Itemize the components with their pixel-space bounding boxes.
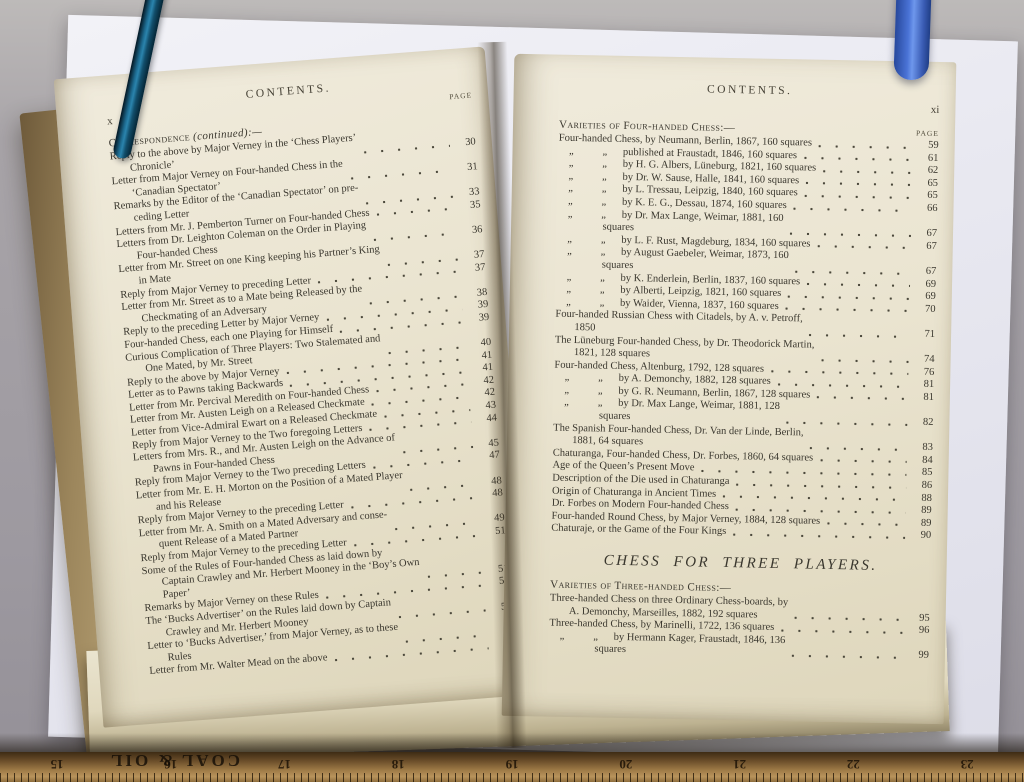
- toc-entry-page-number: 65: [916, 177, 938, 190]
- dot-leader: [818, 143, 913, 150]
- chess-for-three-players-heading: CHESS FOR THREE PLAYERS.: [551, 552, 931, 576]
- toc-entry-page-number: 69: [914, 278, 936, 291]
- dot-leader: [787, 294, 910, 301]
- ruler-number: 18: [392, 756, 405, 772]
- dot-leader: [794, 615, 904, 622]
- dot-leader: [803, 156, 913, 163]
- toc-entry-page-number: 82: [911, 417, 933, 430]
- toc-entry-page-number: 59: [917, 140, 939, 153]
- dot-leader: [786, 420, 908, 427]
- toc-entry-page-number: 74: [912, 354, 934, 367]
- right-toc-entries-four-handed: Four-handed Chess, by Neumann, Berlin, 1…: [551, 133, 939, 543]
- dot-leader: [805, 181, 912, 188]
- toc-entry-page-number: 69: [914, 291, 936, 304]
- dot-leader: [808, 332, 909, 339]
- toc-entry-page-number: 30: [453, 136, 476, 150]
- toc-entry-page-number: 81: [912, 391, 934, 404]
- toc-entry-page-number: 44: [475, 412, 498, 426]
- ruler-number: 22: [847, 756, 860, 772]
- ruler-number: 19: [506, 756, 519, 772]
- right-toc-entries-three-handed: Three-handed Chess on three Ordinary Che…: [549, 593, 930, 663]
- dot-leader: [819, 458, 907, 465]
- toc-entry-page-number: 67: [915, 240, 937, 253]
- toc-entry-page-number: 35: [458, 199, 481, 213]
- blue-tube: [893, 0, 931, 81]
- dot-leader: [785, 306, 910, 313]
- toc-entry-page-number: 62: [916, 165, 938, 178]
- ruler-number: 20: [619, 756, 632, 772]
- toc-entry-text: „ „ by Hermann Kager, Fraustadt, 1846, 1…: [549, 630, 786, 660]
- dot-leader: [816, 395, 908, 402]
- toc-entry-page-number: 99: [907, 650, 929, 663]
- toc-entry-page-number: 71: [913, 328, 935, 341]
- dot-leader: [809, 445, 907, 452]
- photo-scene: CONTENTS. x PAGE Correspondence (continu…: [0, 0, 1024, 782]
- left-toc-entries: Reply to the above by Major Verney in th…: [109, 123, 515, 678]
- toc-entry-page-number: 89: [909, 517, 931, 530]
- toc-entry-page-number: 83: [911, 442, 933, 455]
- toc-entry-page-number: 96: [907, 625, 929, 638]
- toc-entry-page-number: 86: [910, 480, 932, 493]
- toc-entry-page-number: 51: [483, 525, 506, 539]
- toc-entry-page-number: 67: [915, 228, 937, 241]
- toc-entry-page-number: 37: [463, 262, 486, 276]
- toc-entry-page-number: 48: [480, 488, 503, 502]
- dot-leader: [791, 653, 903, 660]
- toc-entry-page-number: 31: [455, 161, 478, 175]
- ruler-number: 15: [51, 756, 64, 772]
- ruler-number: 21: [733, 756, 746, 772]
- dot-leader: [795, 269, 911, 276]
- toc-entry-page-number: 81: [912, 379, 934, 392]
- dot-leader: [826, 521, 905, 528]
- toc-entry-text: Chaturaje, or the Game of the Four Kings: [551, 523, 726, 539]
- right-page-column-label: PAGE: [916, 129, 939, 138]
- ruler-brand-text: COAL & OIL: [108, 750, 240, 770]
- toc-entry-page-number: 76: [912, 366, 934, 379]
- toc-entry-page-number: 88: [910, 492, 932, 505]
- toc-entry-page-number: 65: [916, 190, 938, 203]
- dot-leader: [806, 282, 910, 289]
- book-right-page: CONTENTS. xi Varieties of Four-handed Ch…: [502, 54, 957, 724]
- toc-entry-page-number: 61: [916, 152, 938, 165]
- dot-leader: [820, 357, 909, 364]
- toc-entry-page-number: 90: [909, 530, 931, 543]
- toc-entry-page-number: 36: [460, 224, 483, 238]
- dot-leader: [789, 231, 911, 238]
- dot-leader: [793, 206, 912, 213]
- ruler-tick-marks: [0, 773, 1024, 782]
- toc-entry-page-number: 85: [910, 467, 932, 480]
- dot-leader: [822, 169, 912, 176]
- toc-entry-page-number: 89: [910, 505, 932, 518]
- ruler-number: 23: [961, 756, 974, 772]
- toc-entry-page-number: 67: [914, 265, 936, 278]
- toc-entry-page-number: 84: [911, 454, 933, 467]
- toc-entry-page-number: 47: [477, 450, 500, 464]
- toc-entry-page-number: 66: [915, 203, 937, 216]
- dot-leader: [732, 532, 905, 540]
- toc-entry-page-number: 70: [913, 303, 935, 316]
- left-folio: x: [107, 115, 113, 127]
- right-folio: xi: [931, 104, 940, 116]
- ruler-number: 17: [278, 756, 291, 772]
- toc-entry-page-number: 95: [908, 612, 930, 625]
- dot-leader: [780, 628, 903, 635]
- dot-leader: [804, 193, 912, 200]
- right-section1-heading: Varieties of Four-handed Chess:—: [559, 119, 735, 134]
- dot-leader: [816, 244, 911, 251]
- left-page-column-label: PAGE: [449, 90, 473, 101]
- toc-entry-page-number: 39: [467, 312, 490, 326]
